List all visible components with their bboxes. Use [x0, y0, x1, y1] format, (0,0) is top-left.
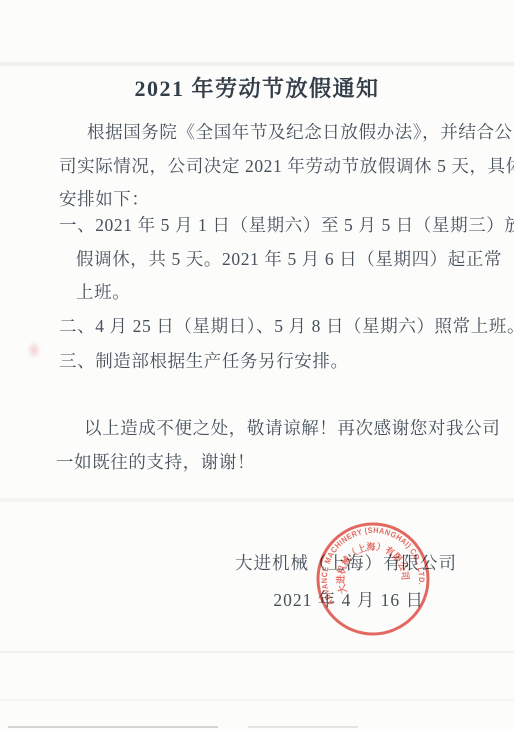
scan-streak: [248, 726, 358, 728]
list-item-line: 一、2021 年 5 月 1 日（星期六）至 5 月 5 日（星期三）放: [59, 209, 471, 243]
intro-paragraph: 根据国务院《全国年节及纪念日放假办法》，并结合公 司实际情况，公司决定 2021…: [59, 116, 471, 217]
list-item-2: 二、4 月 25 日（星期日）、5 月 8 日（星期六）照常上班。: [59, 310, 471, 344]
scan-streak: [8, 726, 218, 728]
list-item-3: 三、制造部根据生产任务另行安排。: [59, 345, 471, 379]
scan-streak: [0, 498, 514, 502]
scanned-notice-page: 2021 年劳动节放假通知 根据国务院《全国年节及纪念日放假办法》，并结合公 司…: [0, 0, 514, 729]
scan-streak: [0, 62, 514, 66]
list-item-line: 二、4 月 25 日（星期日）、5 月 8 日（星期六）照常上班。: [59, 310, 471, 344]
signature-date: 2021 年 4 月 16 日: [273, 584, 424, 618]
closing-line: 以上造成不便之处，敬请谅解！再次感谢您对我公司: [56, 412, 468, 446]
list-item-line: 三、制造部根据生产任务另行安排。: [59, 345, 471, 379]
page-title: 2021 年劳动节放假通知: [0, 72, 514, 106]
list-item-1: 一、2021 年 5 月 1 日（星期六）至 5 月 5 日（星期三）放 假调休…: [59, 209, 471, 310]
scan-streak: [0, 651, 514, 653]
list-item-line: 上班。: [59, 276, 471, 310]
closing-paragraph: 以上造成不便之处，敬请谅解！再次感谢您对我公司 一如既往的支持，谢谢！: [56, 412, 468, 479]
intro-line: 司实际情况，公司决定 2021 年劳动节放假调休 5 天，具体: [59, 150, 471, 184]
list-item-line: 假调休，共 5 天。2021 年 5 月 6 日（星期四）起正常: [59, 243, 471, 277]
closing-line: 一如既往的支持，谢谢！: [56, 446, 468, 480]
ink-smudge: [27, 341, 41, 359]
company-name: 大进机械（上海）有限公司: [235, 547, 457, 581]
scan-streak: [0, 699, 514, 701]
intro-line: 根据国务院《全国年节及纪念日放假办法》，并结合公: [59, 116, 471, 150]
